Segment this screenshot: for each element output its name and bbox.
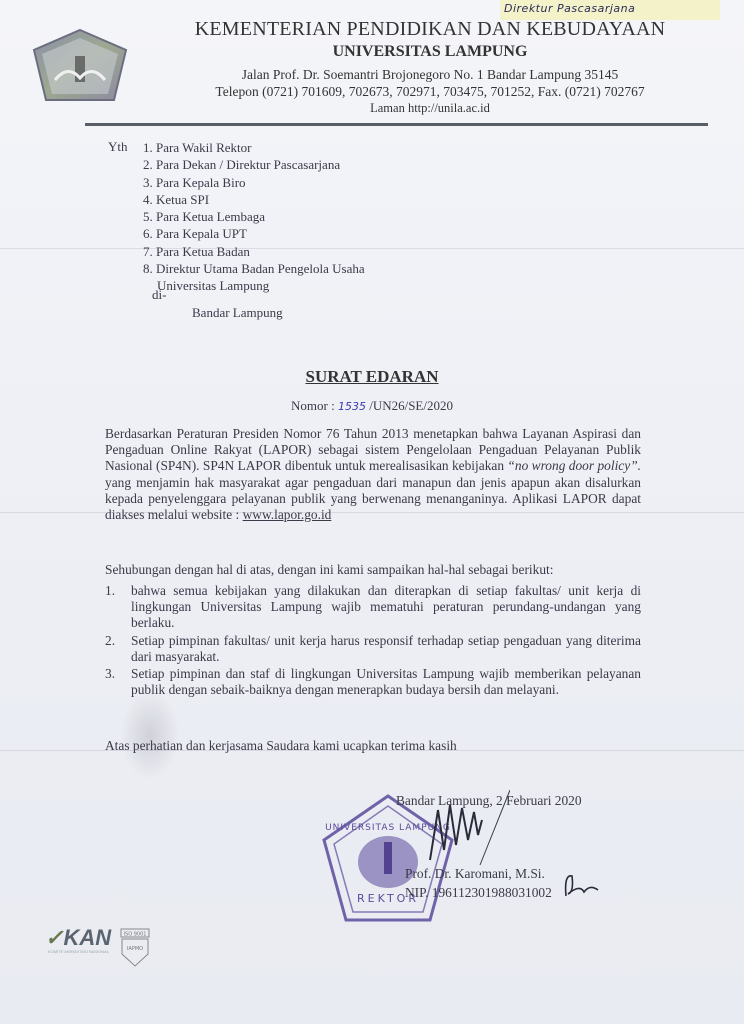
paper-fold-line <box>0 248 744 249</box>
addressee-list: 1. Para Wakil Rektor 2. Para Dekan / Dir… <box>143 139 365 295</box>
point-text: Setiap pimpinan fakultas/ unit kerja har… <box>131 633 641 665</box>
document-title: SURAT EDARAN <box>0 367 744 387</box>
policy-quote: “no wrong door policy”. <box>507 458 641 473</box>
document-number: Nomor : 1535 /UN26/SE/2020 <box>0 398 744 414</box>
address-line: Jalan Prof. Dr. Soemantri Brojonegoro No… <box>150 67 710 83</box>
paragraph-text: yang menjamin hak masyarakat agar pengad… <box>105 475 641 522</box>
signatory-nip: NIP. 196112301988031002 <box>405 885 552 901</box>
point-number: 1. <box>105 583 131 632</box>
scanned-letter-page: Direktur Pascasarjana KEMENTERIAN PENDID… <box>0 0 744 1024</box>
ink-smudge <box>120 690 180 780</box>
addressee-item-continuation: Universitas Lampung <box>143 277 365 294</box>
initial-paraf-icon <box>560 870 600 900</box>
addressee-item: 2. Para Dekan / Direktur Pascasarjana <box>143 156 365 173</box>
addressee-di: di- <box>152 287 166 303</box>
point-text: bahwa semua kebijakan yang dilakukan dan… <box>131 583 641 632</box>
addressee-item: 7. Para Ketua Badan <box>143 243 365 260</box>
points-list: 1. bahwa semua kebijakan yang dilakukan … <box>105 583 641 699</box>
kan-logo: ✓KAN <box>45 925 111 951</box>
addressee-item: 5. Para Ketua Lembaga <box>143 208 365 225</box>
signatory-name: Prof. Dr. Karomani, M.Si. <box>405 866 545 882</box>
ministry-name: KEMENTERIAN PENDIDIKAN DAN KEBUDAYAAN <box>150 18 710 41</box>
addressee-item: 4. Ketua SPI <box>143 191 365 208</box>
website-line: Laman http://unila.ac.id <box>150 101 710 116</box>
number-suffix: /UN26/SE/2020 <box>369 398 453 413</box>
closing-sentence: Atas perhatian dan kerjasama Saudara kam… <box>105 738 457 754</box>
addressee-city: Bandar Lampung <box>192 305 283 321</box>
addressee-item: 1. Para Wakil Rektor <box>143 139 365 156</box>
point-number: 3. <box>105 666 131 698</box>
university-lampung-seal-icon <box>30 28 130 106</box>
addressee-item: 8. Direktur Utama Badan Pengelola Usaha <box>143 260 365 277</box>
handwritten-note: Direktur Pascasarjana <box>500 0 720 20</box>
letterhead-divider <box>85 123 708 126</box>
addressee-label: Yth <box>108 139 128 155</box>
svg-text:IAPMO: IAPMO <box>127 946 143 952</box>
svg-text:ISO 9001: ISO 9001 <box>124 932 147 938</box>
point-item: 2. Setiap pimpinan fakultas/ unit kerja … <box>105 633 641 665</box>
body-paragraph-1: Berdasarkan Peraturan Presiden Nomor 76 … <box>105 426 641 523</box>
body-paragraph-2: Sehubungan dengan hal di atas, dengan in… <box>105 562 641 578</box>
phone-line: Telepon (0721) 701609, 702673, 702971, 7… <box>150 84 710 100</box>
university-name: UNIVERSITAS LAMPUNG <box>150 43 710 61</box>
kan-subtitle: KOMITE AKREDITASI NASIONAL <box>48 949 109 954</box>
handwritten-number: 1535 <box>338 400 366 413</box>
point-text: Setiap pimpinan dan staf di lingkungan U… <box>131 666 641 698</box>
iso-certification-icon: ISO 9001 IAPMO <box>120 928 150 968</box>
addressee-item: 3. Para Kepala Biro <box>143 174 365 191</box>
addressee-item: 6. Para Kepala UPT <box>143 225 365 242</box>
point-item: 3. Setiap pimpinan dan staf di lingkunga… <box>105 666 641 698</box>
point-item: 1. bahwa semua kebijakan yang dilakukan … <box>105 583 641 632</box>
signature-place-date: Bandar Lampung, 2 Februari 2020 <box>396 793 582 809</box>
check-icon: ✓ <box>45 925 63 950</box>
point-number: 2. <box>105 633 131 665</box>
kan-logo-text: KAN <box>63 925 111 950</box>
lapor-website-link[interactable]: www.lapor.go.id <box>243 507 332 522</box>
number-label: Nomor : <box>291 398 335 413</box>
